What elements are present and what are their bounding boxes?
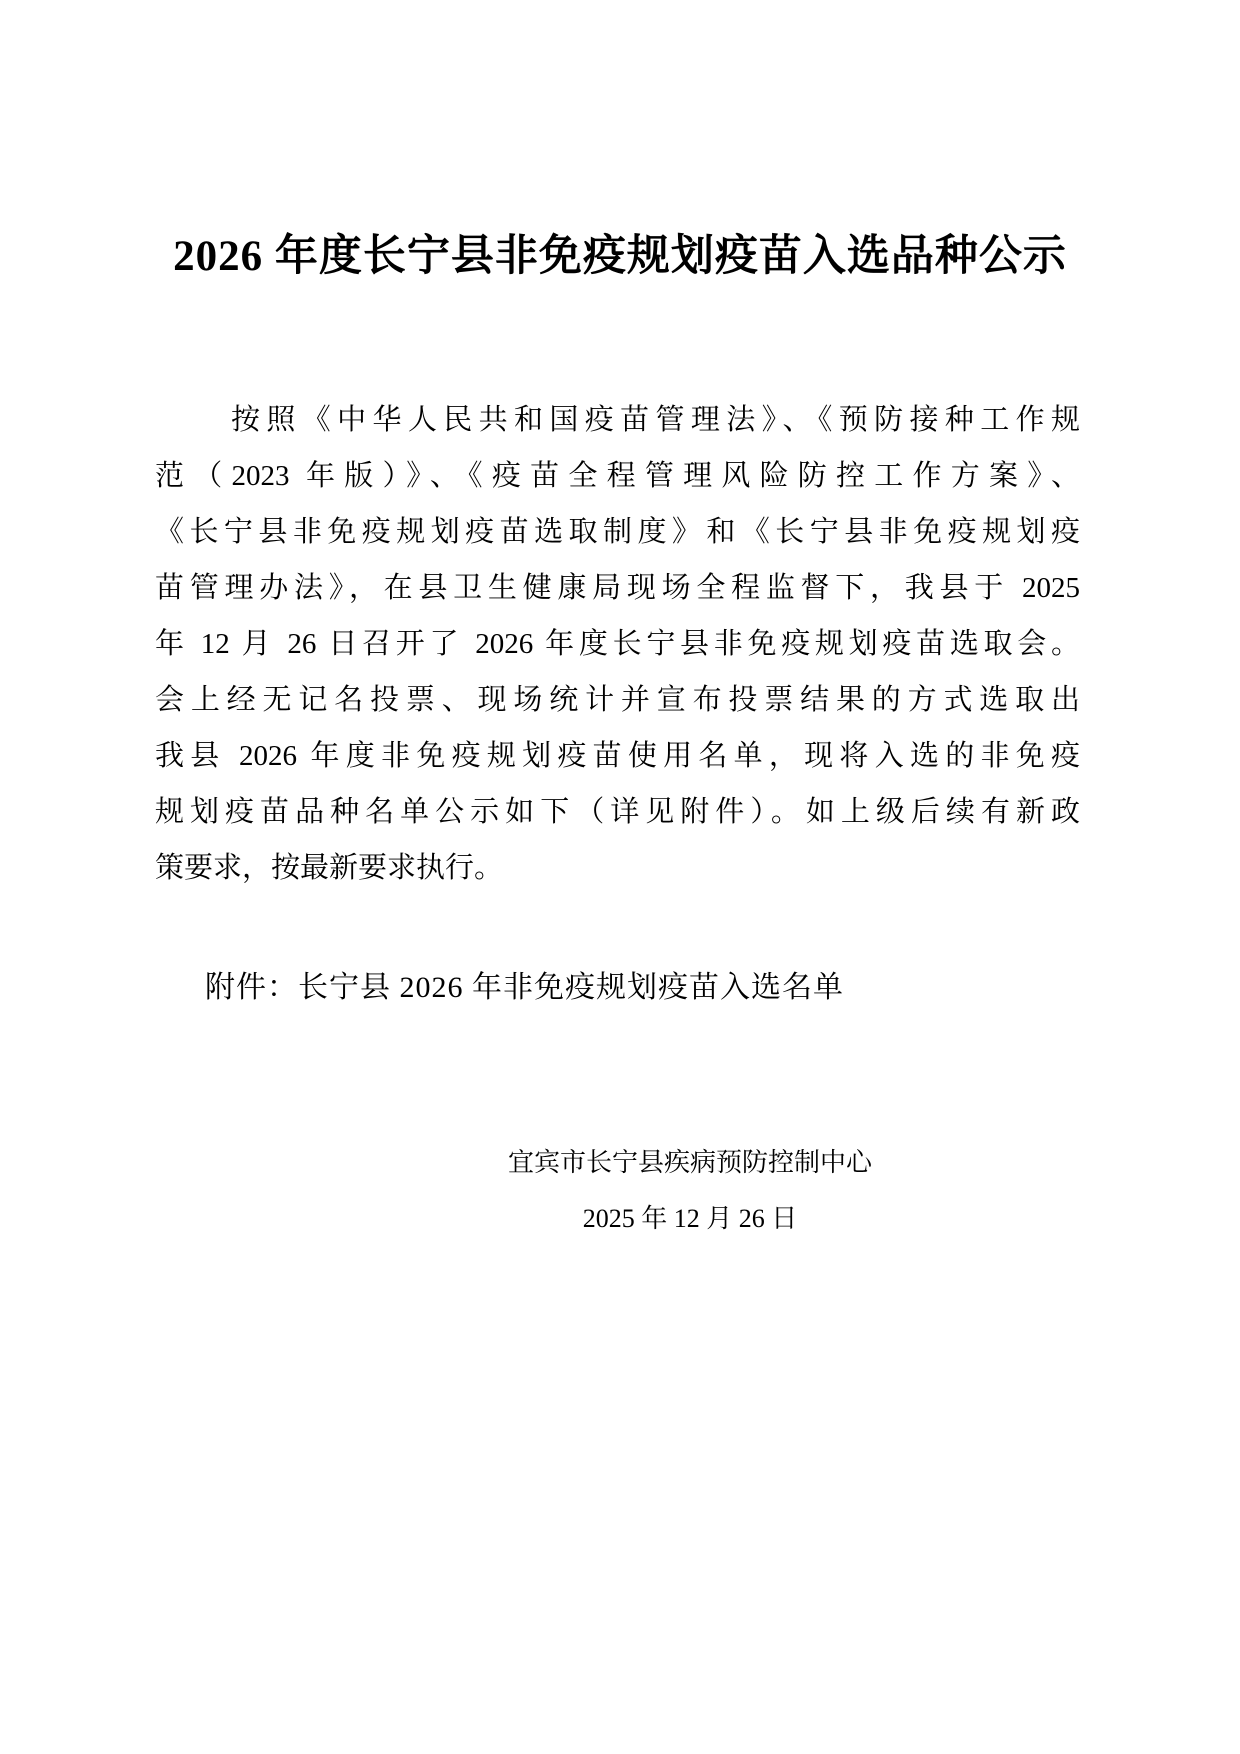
- document-page: 2026 年度长宁县非免疫规划疫苗入选品种公示 按照《中华人民共和国疫苗管理法》…: [0, 0, 1240, 1754]
- paragraph-line: 策要求，按最新要求执行。: [155, 840, 1080, 896]
- paragraph-line: 苗管理办法》，在县卫生健康局现场全程监督下，我县于 2025: [155, 560, 1080, 616]
- paragraph-line: 会上经无记名投票、现场统计并宣布投票结果的方式选取出: [155, 672, 1080, 728]
- paragraph-line: 范（2023 年版）》、《疫苗全程管理风险防控工作方案》、: [155, 448, 1080, 504]
- signature-block: 宜宾市长宁县疾病预防控制中心 2025 年 12 月 26 日: [460, 1135, 920, 1247]
- signature-date: 2025 年 12 月 26 日: [460, 1191, 920, 1247]
- attachment-line: 附件：长宁县 2026 年非免疫规划疫苗入选名单: [205, 970, 844, 1006]
- paragraph-line: 按照《中华人民共和国疫苗管理法》、《预防接种工作规: [155, 392, 1080, 448]
- signature-organization: 宜宾市长宁县疾病预防控制中心: [460, 1135, 920, 1191]
- paragraph-line: 我县 2026 年度非免疫规划疫苗使用名单，现将入选的非免疫: [155, 728, 1080, 784]
- paragraph-line: 年 12 月 26 日召开了 2026 年度长宁县非免疫规划疫苗选取会。: [155, 616, 1080, 672]
- paragraph-line: 《长宁县非免疫规划疫苗选取制度》和《长宁县非免疫规划疫: [155, 504, 1080, 560]
- document-title: 2026 年度长宁县非免疫规划疫苗入选品种公示: [0, 222, 1240, 283]
- body-paragraph: 按照《中华人民共和国疫苗管理法》、《预防接种工作规 范（2023 年版）》、《疫…: [155, 392, 1080, 896]
- paragraph-line: 规划疫苗品种名单公示如下（详见附件）。如上级后续有新政: [155, 784, 1080, 840]
